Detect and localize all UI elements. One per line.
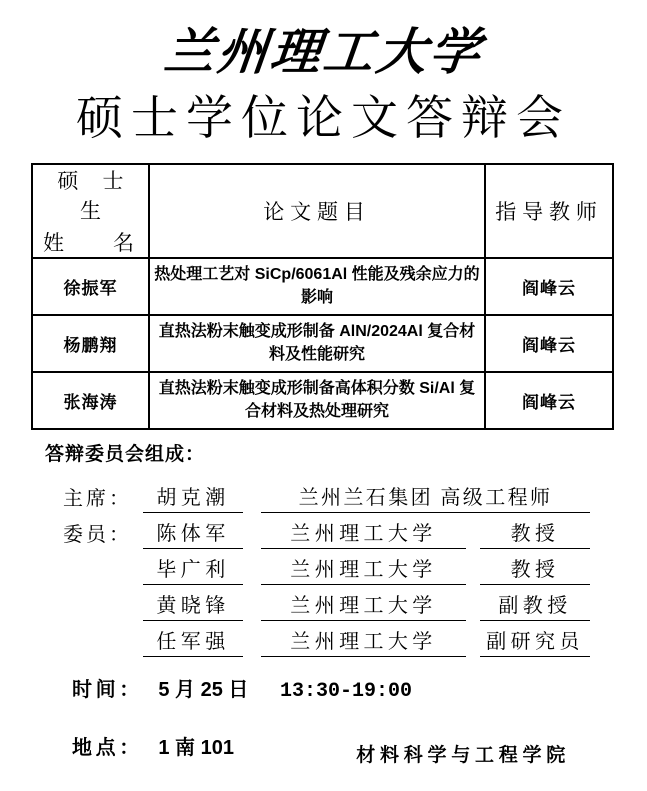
table-row: 杨鹏翔 直热法粉末触变成形制备 AlN/2024Al 复合材料及性能研究 阎峰云	[32, 315, 613, 372]
table-row: 张海涛 直热法粉末触变成形制备高体积分数 Si/Al 复合材料及热处理研究 阎峰…	[32, 372, 613, 429]
table-header-row: 硕 士 生 姓 名 论文题目 指导教师	[32, 164, 613, 258]
committee-heading: 答辩委员会组成：	[45, 439, 647, 466]
committee-list: 主席： 胡克潮 兰州兰石集团 高级工程师 委员： 陈体军 兰州理工大学 教授 毕…	[63, 477, 647, 657]
place-label: 地点：	[72, 737, 143, 759]
member-name: 毕广利	[143, 556, 243, 585]
member-title: 副教授	[480, 592, 590, 621]
member-name: 陈体军	[143, 520, 243, 549]
chairman-label: 主席：	[63, 485, 143, 513]
time-label: 时间：	[72, 679, 143, 701]
member-affiliation: 兰州理工大学	[261, 520, 466, 549]
student-name-header-line2: 姓 名	[37, 225, 144, 257]
time-range: 13:30-19:00	[280, 680, 412, 703]
student-name: 张海涛	[32, 372, 149, 429]
column-header-thesis-title: 论文题目	[149, 164, 485, 258]
page-title: 硕士学位论文答辩会	[0, 92, 647, 146]
department-signature: 材料科学与工程学院	[356, 740, 570, 767]
defense-table: 硕 士 生 姓 名 论文题目 指导教师 徐振军 热处理工艺对 SiCp/6061…	[31, 163, 614, 430]
advisor-name: 阎峰云	[485, 315, 613, 372]
committee-member-row: 黄晓锋 兰州理工大学 副教授	[63, 585, 647, 621]
member-name: 黄晓锋	[143, 592, 243, 621]
university-logo-calligraphy: 兰州理工大学	[0, 22, 647, 82]
chairman-name: 胡克潮	[143, 484, 243, 513]
student-name: 杨鹏翔	[32, 315, 149, 372]
member-affiliation: 兰州理工大学	[261, 556, 466, 585]
student-name-header-line1: 硕 士 生	[46, 165, 144, 225]
column-header-advisor: 指导教师	[485, 164, 613, 258]
thesis-title: 直热法粉末触变成形制备高体积分数 Si/Al 复合材料及热处理研究	[149, 372, 485, 429]
time-date: 5 月 25 日	[158, 679, 248, 701]
advisor-name: 阎峰云	[485, 258, 613, 315]
committee-member-row: 委员： 陈体军 兰州理工大学 教授	[63, 513, 647, 549]
committee-chairman-row: 主席： 胡克潮 兰州兰石集团 高级工程师	[63, 477, 647, 513]
student-name-header-ming: 名	[113, 227, 134, 257]
committee-member-row: 毕广利 兰州理工大学 教授	[63, 549, 647, 585]
member-title: 副研究员	[480, 628, 590, 657]
committee-member-row: 任军强 兰州理工大学 副研究员	[63, 621, 647, 657]
thesis-title: 热处理工艺对 SiCp/6061Al 性能及残余应力的影响	[149, 258, 485, 315]
member-name: 任军强	[143, 628, 243, 657]
student-name-header-xing: 姓	[43, 227, 64, 257]
member-title: 教授	[480, 520, 590, 549]
student-name: 徐振军	[32, 258, 149, 315]
column-header-student-name: 硕 士 生 姓 名	[32, 164, 149, 258]
table-row: 徐振军 热处理工艺对 SiCp/6061Al 性能及残余应力的影响 阎峰云	[32, 258, 613, 315]
member-affiliation: 兰州理工大学	[261, 628, 466, 657]
chairman-affiliation-title: 兰州兰石集团 高级工程师	[261, 484, 590, 513]
member-affiliation: 兰州理工大学	[261, 592, 466, 621]
thesis-title: 直热法粉末触变成形制备 AlN/2024Al 复合材料及性能研究	[149, 315, 485, 372]
advisor-name: 阎峰云	[485, 372, 613, 429]
place-value: 1 南 101	[158, 737, 234, 759]
member-label: 委员：	[63, 521, 143, 549]
member-title: 教授	[480, 556, 590, 585]
time-line: 时间： 5 月 25 日 13:30-19:00	[72, 673, 647, 703]
